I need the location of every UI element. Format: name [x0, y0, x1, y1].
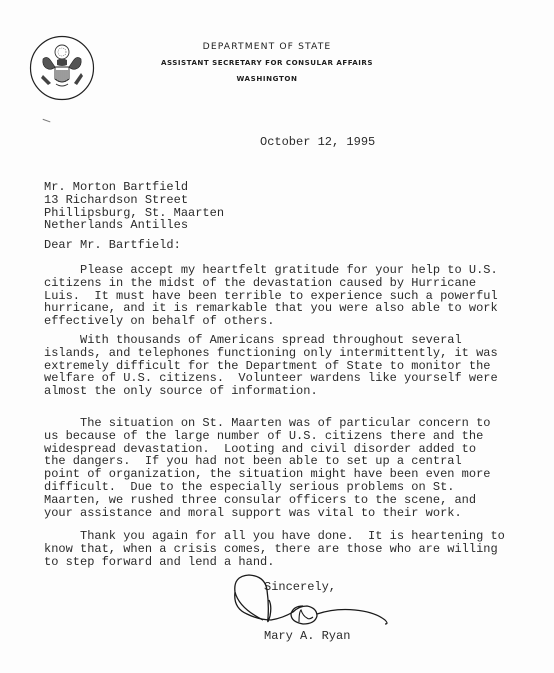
salutation: Dear Mr. Bartfield: [44, 239, 181, 252]
letter-date: October 12, 1995 [260, 136, 375, 149]
letter-page: DEPARTMENT OF STATE ASSISTANT SECRETARY … [0, 0, 554, 673]
letterhead-office: ASSISTANT SECRETARY FOR CONSULAR AFFAIRS [0, 58, 544, 67]
signer-name: Mary A. Ryan [264, 630, 350, 643]
letterhead-city: WASHINGTON [0, 74, 544, 83]
body-paragraph: Thank you again for all you have done. I… [44, 530, 505, 568]
body-paragraph: The situation on St. Maarten was of part… [44, 417, 490, 519]
body-paragraph: With thousands of Americans spread throu… [44, 334, 498, 398]
stray-mark [42, 119, 51, 125]
letterhead-department: DEPARTMENT OF STATE [0, 41, 544, 52]
body-paragraph: Please accept my heartfelt gratitude for… [44, 264, 498, 328]
recipient-address: Mr. Morton Bartfield 13 Richardson Stree… [44, 181, 224, 232]
